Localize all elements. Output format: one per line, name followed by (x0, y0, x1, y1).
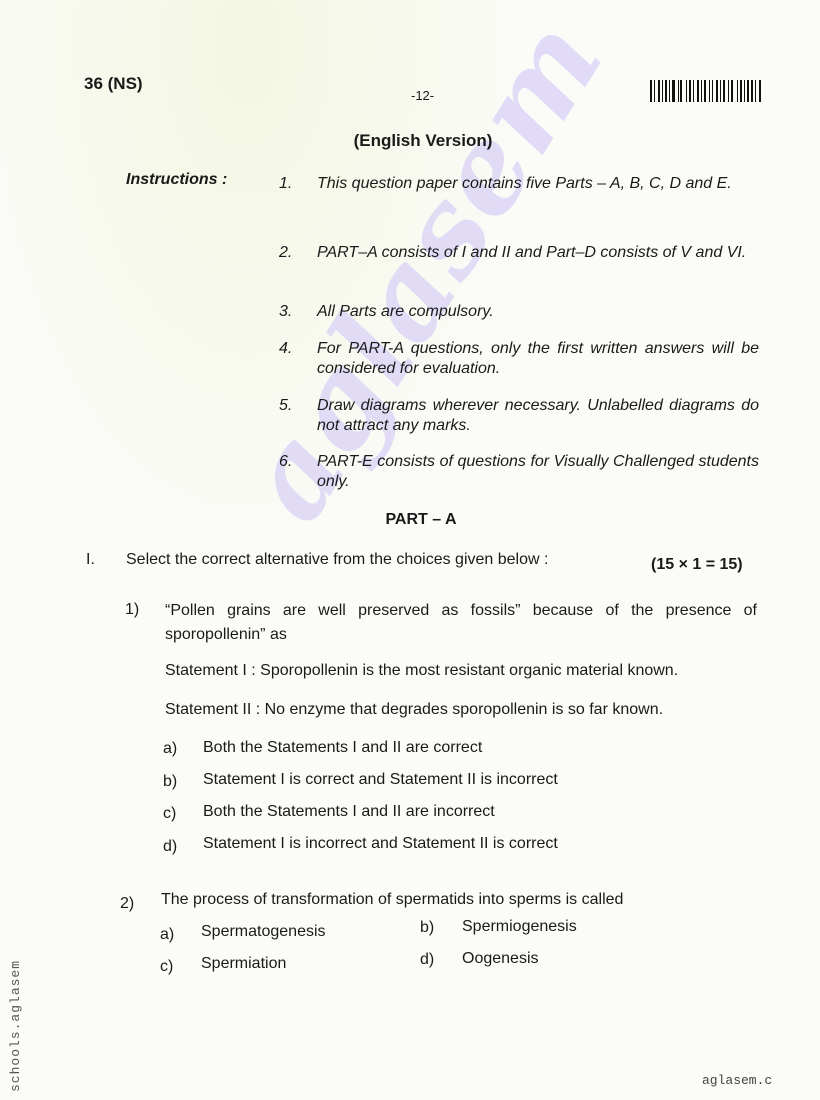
statement-1: Statement I : Sporopollenin is the most … (165, 659, 678, 683)
instruction-item: 2. PART–A consists of I and II and Part–… (279, 243, 759, 263)
option-label: b) (420, 919, 434, 937)
instruction-number: 5. (279, 396, 292, 416)
option-label: c) (160, 958, 173, 976)
question-text: “Pollen grains are well preserved as fos… (165, 599, 757, 647)
instruction-item: 4. For PART-A questions, only the first … (279, 339, 759, 379)
instruction-number: 2. (279, 243, 292, 263)
question-text: The process of transformation of spermat… (161, 888, 623, 912)
instruction-number: 3. (279, 302, 292, 322)
option-text: Statement I is correct and Statement II … (203, 771, 558, 789)
section-instruction: Select the correct alternative from the … (126, 551, 548, 569)
instruction-item: 5. Draw diagrams wherever necessary. Unl… (279, 396, 759, 436)
version-title: (English Version) (0, 131, 820, 151)
section-marks: (15 × 1 = 15) (651, 556, 743, 574)
section-number: I. (86, 551, 95, 569)
statement-2: Statement II : No enzyme that degrades s… (165, 698, 663, 722)
page-number: -12- (411, 88, 434, 103)
option-label: c) (163, 805, 176, 823)
instruction-number: 6. (279, 452, 292, 472)
option-text: Spermiogenesis (462, 918, 577, 936)
option-text: Statement I is incorrect and Statement I… (203, 835, 558, 853)
option-label: a) (163, 740, 177, 758)
footer-watermark: aglasem.c (702, 1073, 772, 1088)
instruction-text: All Parts are compulsory. (317, 302, 759, 322)
paper-code: 36 (NS) (84, 74, 143, 94)
side-watermark: schools.aglasem (8, 960, 23, 1092)
option-label: a) (160, 926, 174, 944)
instructions-label: Instructions : (126, 171, 227, 189)
instruction-text: This question paper contains five Parts … (317, 174, 759, 194)
instruction-text: PART-E consists of questions for Visuall… (317, 452, 759, 492)
option-text: Both the Statements I and II are correct (203, 739, 482, 757)
option-text: Spermiation (201, 955, 286, 973)
instruction-item: 6. PART-E consists of questions for Visu… (279, 452, 759, 492)
part-a-title: PART – A (0, 511, 820, 529)
instruction-item: 1. This question paper contains five Par… (279, 174, 759, 194)
instruction-item: 3. All Parts are compulsory. (279, 302, 759, 322)
question-number: 1) (125, 601, 139, 619)
option-text: Spermatogenesis (201, 923, 326, 941)
instruction-text: For PART-A questions, only the first wri… (317, 339, 759, 379)
instruction-number: 4. (279, 339, 292, 359)
option-label: d) (163, 838, 177, 856)
option-label: b) (163, 773, 177, 791)
barcode-icon (650, 80, 762, 102)
instruction-text: PART–A consists of I and II and Part–D c… (317, 243, 759, 263)
option-label: d) (420, 951, 434, 969)
option-text: Oogenesis (462, 950, 539, 968)
option-text: Both the Statements I and II are incorre… (203, 803, 495, 821)
exam-page: aglasem 36 (NS) -12- (English Version) I… (0, 0, 820, 1100)
instruction-number: 1. (279, 174, 292, 194)
instruction-text: Draw diagrams wherever necessary. Unlabe… (317, 396, 759, 436)
question-number: 2) (120, 895, 134, 913)
